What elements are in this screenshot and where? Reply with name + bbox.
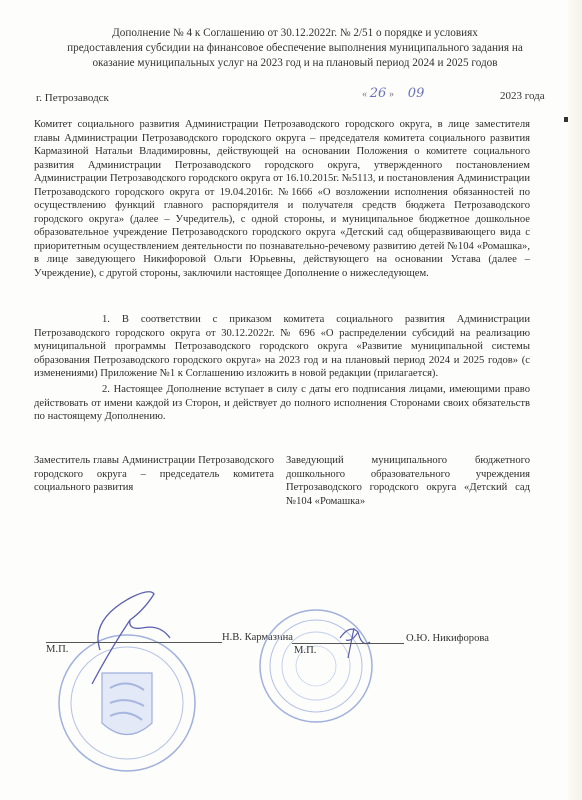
date-open-quote: « [362, 89, 367, 100]
document-page: Дополнение № 4 к Соглашению от 30.12.202… [0, 0, 582, 800]
scan-edge [568, 0, 582, 800]
title-line: оказание муниципальных услуг на 2023 год… [40, 56, 550, 71]
date-year: 2023 года [500, 90, 545, 102]
document-date: « 26 » 09 2023 года [362, 86, 562, 101]
left-signatory-position: Заместитель главы Администрации Петрозав… [34, 454, 274, 495]
city: г. Петрозаводск [36, 92, 109, 104]
document-title: Дополнение № 4 к Соглашению от 30.12.202… [40, 26, 550, 71]
right-signature-line [292, 643, 404, 644]
clause-1: 1. В соответствии с приказом комитета со… [34, 313, 530, 381]
right-signatory-name: О.Ю. Никифорова [406, 633, 489, 644]
left-signature-line [46, 642, 222, 643]
date-month-handwritten: 09 [408, 86, 425, 101]
left-signature-icon [70, 580, 220, 690]
left-stamp-label: М.П. [46, 644, 68, 655]
title-line: предоставления субсидии на финансовое об… [40, 41, 550, 56]
clause-2: 2. Настоящее Дополнение вступает в силу … [34, 383, 530, 424]
scan-artifact [564, 117, 568, 122]
title-line: Дополнение № 4 к Соглашению от 30.12.202… [40, 26, 550, 41]
right-stamp-label: М.П. [294, 645, 316, 656]
date-close-quote: » [389, 89, 394, 100]
preamble-paragraph: Комитет социального развития Администрац… [34, 118, 530, 280]
right-signatory-position: Заведующий муниципального бюджетного дош… [286, 454, 530, 508]
date-day-handwritten: 26 [370, 86, 387, 101]
